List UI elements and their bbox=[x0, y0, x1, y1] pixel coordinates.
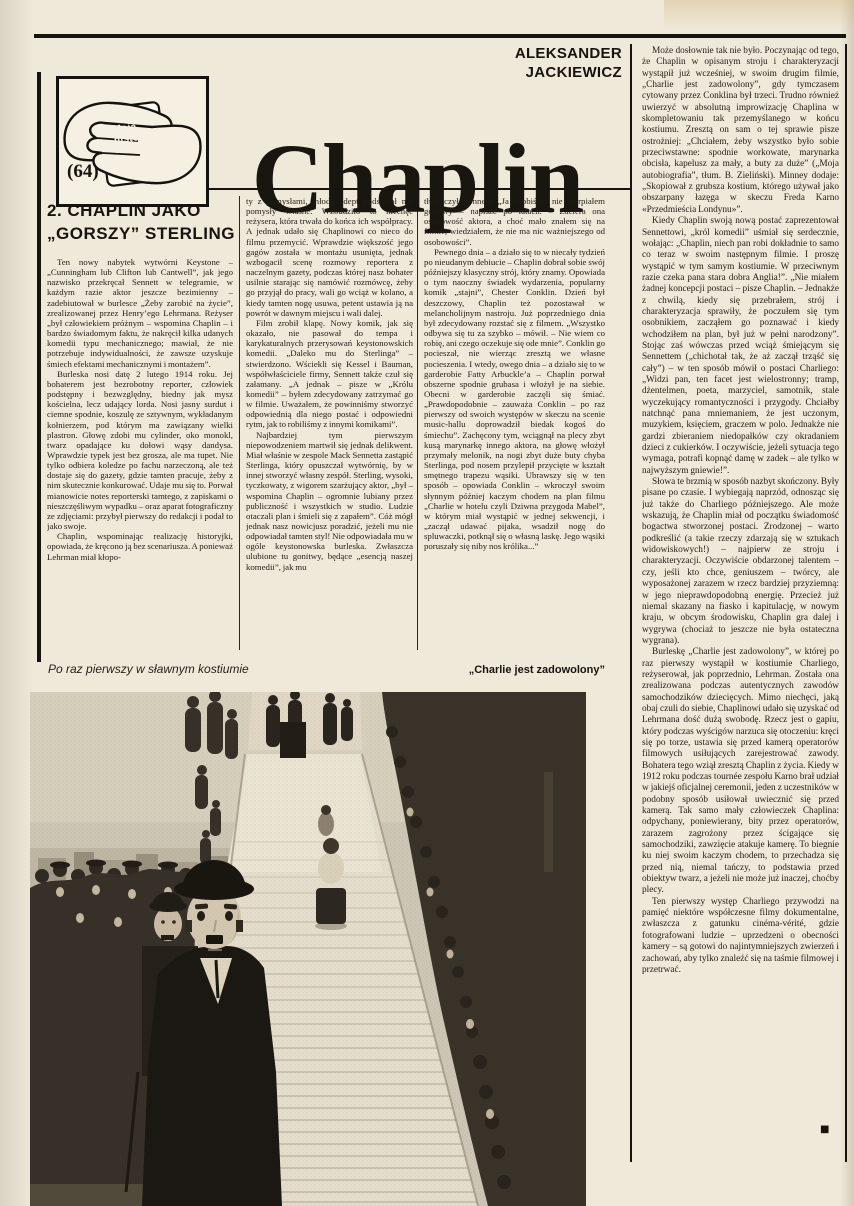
author-name: ALEKSANDER JACKIEWICZ bbox=[515, 44, 622, 82]
paragraph: Burleskę „Charlie jest zadowolony”, w kt… bbox=[642, 647, 839, 897]
paragraph: Ten nowy nabytek wytwórni Keystone – „Cu… bbox=[47, 257, 233, 369]
article-end-mark: ■ bbox=[820, 1124, 829, 1135]
badge-issue-number: (64) bbox=[67, 161, 99, 183]
text-column-1: Ten nowy nabytek wytwórni Keystone – „Cu… bbox=[47, 257, 233, 649]
magazine-page: Moja historia kina (64) Chaplin ALEKSAND… bbox=[0, 0, 854, 1206]
left-margin-bar bbox=[37, 72, 41, 662]
paragraph: Burleska nosi datę 2 lutego 1914 roku. J… bbox=[47, 369, 233, 532]
paragraph: Pewnego dnia – a działo się to w niecały… bbox=[424, 247, 605, 552]
section-heading-line-2: „GORSZY” STERLING bbox=[47, 223, 235, 246]
photo-caption: Po raz pierwszy w sławnym kostiumie bbox=[48, 662, 249, 676]
author-line-1: ALEKSANDER bbox=[515, 44, 622, 63]
chaplin-derby-photo bbox=[30, 692, 586, 1206]
paragraph: Może dosłownie tak nie było. Poczynając … bbox=[642, 46, 839, 216]
series-badge: Moja historia kina (64) bbox=[56, 76, 209, 207]
scan-corner-shade bbox=[664, 0, 854, 30]
paragraph: Najbardziej tym pierwszym niepowodzeniem… bbox=[246, 430, 413, 572]
column-divider-1 bbox=[239, 196, 240, 650]
text-column-3: tłumaczył Sennett. „Ja osobiście nie cie… bbox=[424, 196, 605, 648]
section-heading-line-1: 2. CHAPLIN JAKO bbox=[47, 200, 235, 223]
paragraph: Kiedy Chaplin swoją nową postać zaprezen… bbox=[642, 216, 839, 477]
paragraph: ty z pomysłami, młody adept podsuwał mu … bbox=[246, 196, 413, 318]
badge-series-title: Moja historia kina bbox=[112, 121, 154, 157]
section-heading: 2. CHAPLIN JAKO „GORSZY” STERLING bbox=[47, 200, 235, 245]
top-rule bbox=[34, 34, 846, 38]
text-column-right: Może dosłownie tak nie było. Poczynając … bbox=[642, 46, 839, 1146]
film-credit: „Charlie jest zadowolony” bbox=[404, 664, 605, 676]
text-column-2: ty z pomysłami, młody adept podsuwał mu … bbox=[246, 196, 413, 651]
author-line-2: JACKIEWICZ bbox=[515, 63, 622, 82]
paragraph: Słowa te brzmią w sposób nazbyt skończon… bbox=[642, 477, 839, 647]
paragraph: Ten pierwszy występ Charliego przywodzi … bbox=[642, 897, 839, 976]
right-column-rule-left bbox=[630, 44, 632, 1162]
scan-edge-right bbox=[840, 0, 854, 1206]
scan-edge-left bbox=[0, 0, 34, 1206]
column-divider-2 bbox=[417, 196, 418, 650]
right-column-rule-right bbox=[845, 44, 847, 1162]
paragraph: Chaplin, wspominając realizację historyj… bbox=[47, 531, 233, 561]
paragraph: Film zrobił klapę. Nowy komik, jak się o… bbox=[246, 318, 413, 430]
paragraph: tłumaczył Sennett. „Ja osobiście nie cie… bbox=[424, 196, 605, 247]
photo-chaplin bbox=[30, 692, 586, 1206]
